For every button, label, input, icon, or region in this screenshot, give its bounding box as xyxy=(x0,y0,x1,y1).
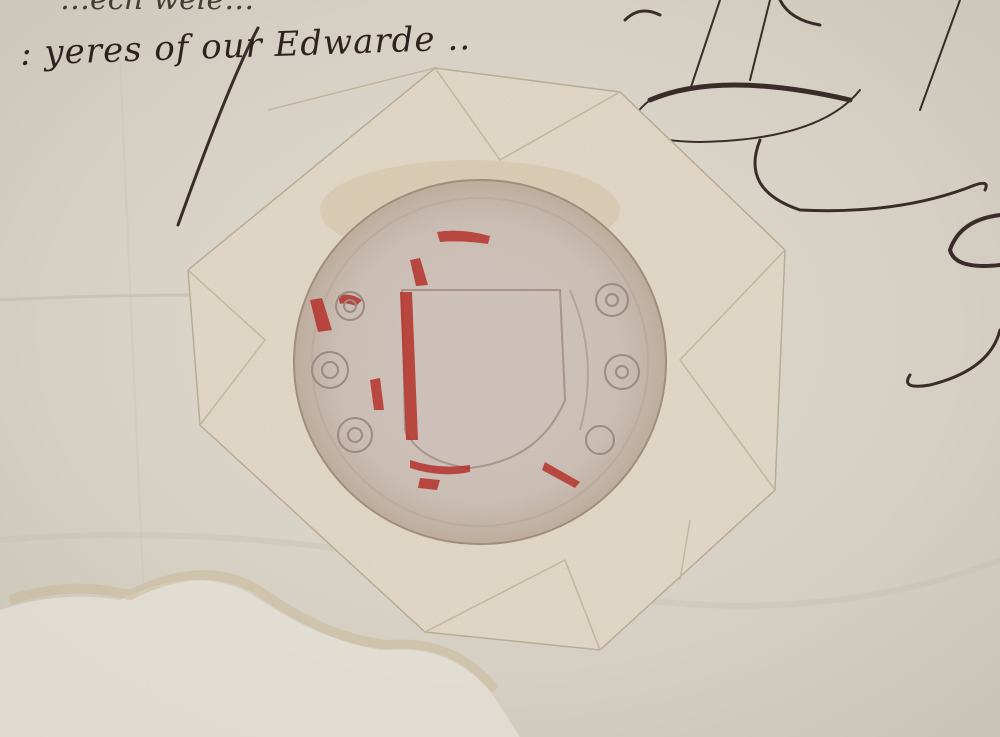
parchment-background xyxy=(0,0,1000,737)
handwriting-top-line: …ech wele… xyxy=(60,0,254,17)
document-photo: …ech wele… : yeres of our Edwarde .. xyxy=(0,0,1000,737)
wax-seal xyxy=(294,180,666,544)
